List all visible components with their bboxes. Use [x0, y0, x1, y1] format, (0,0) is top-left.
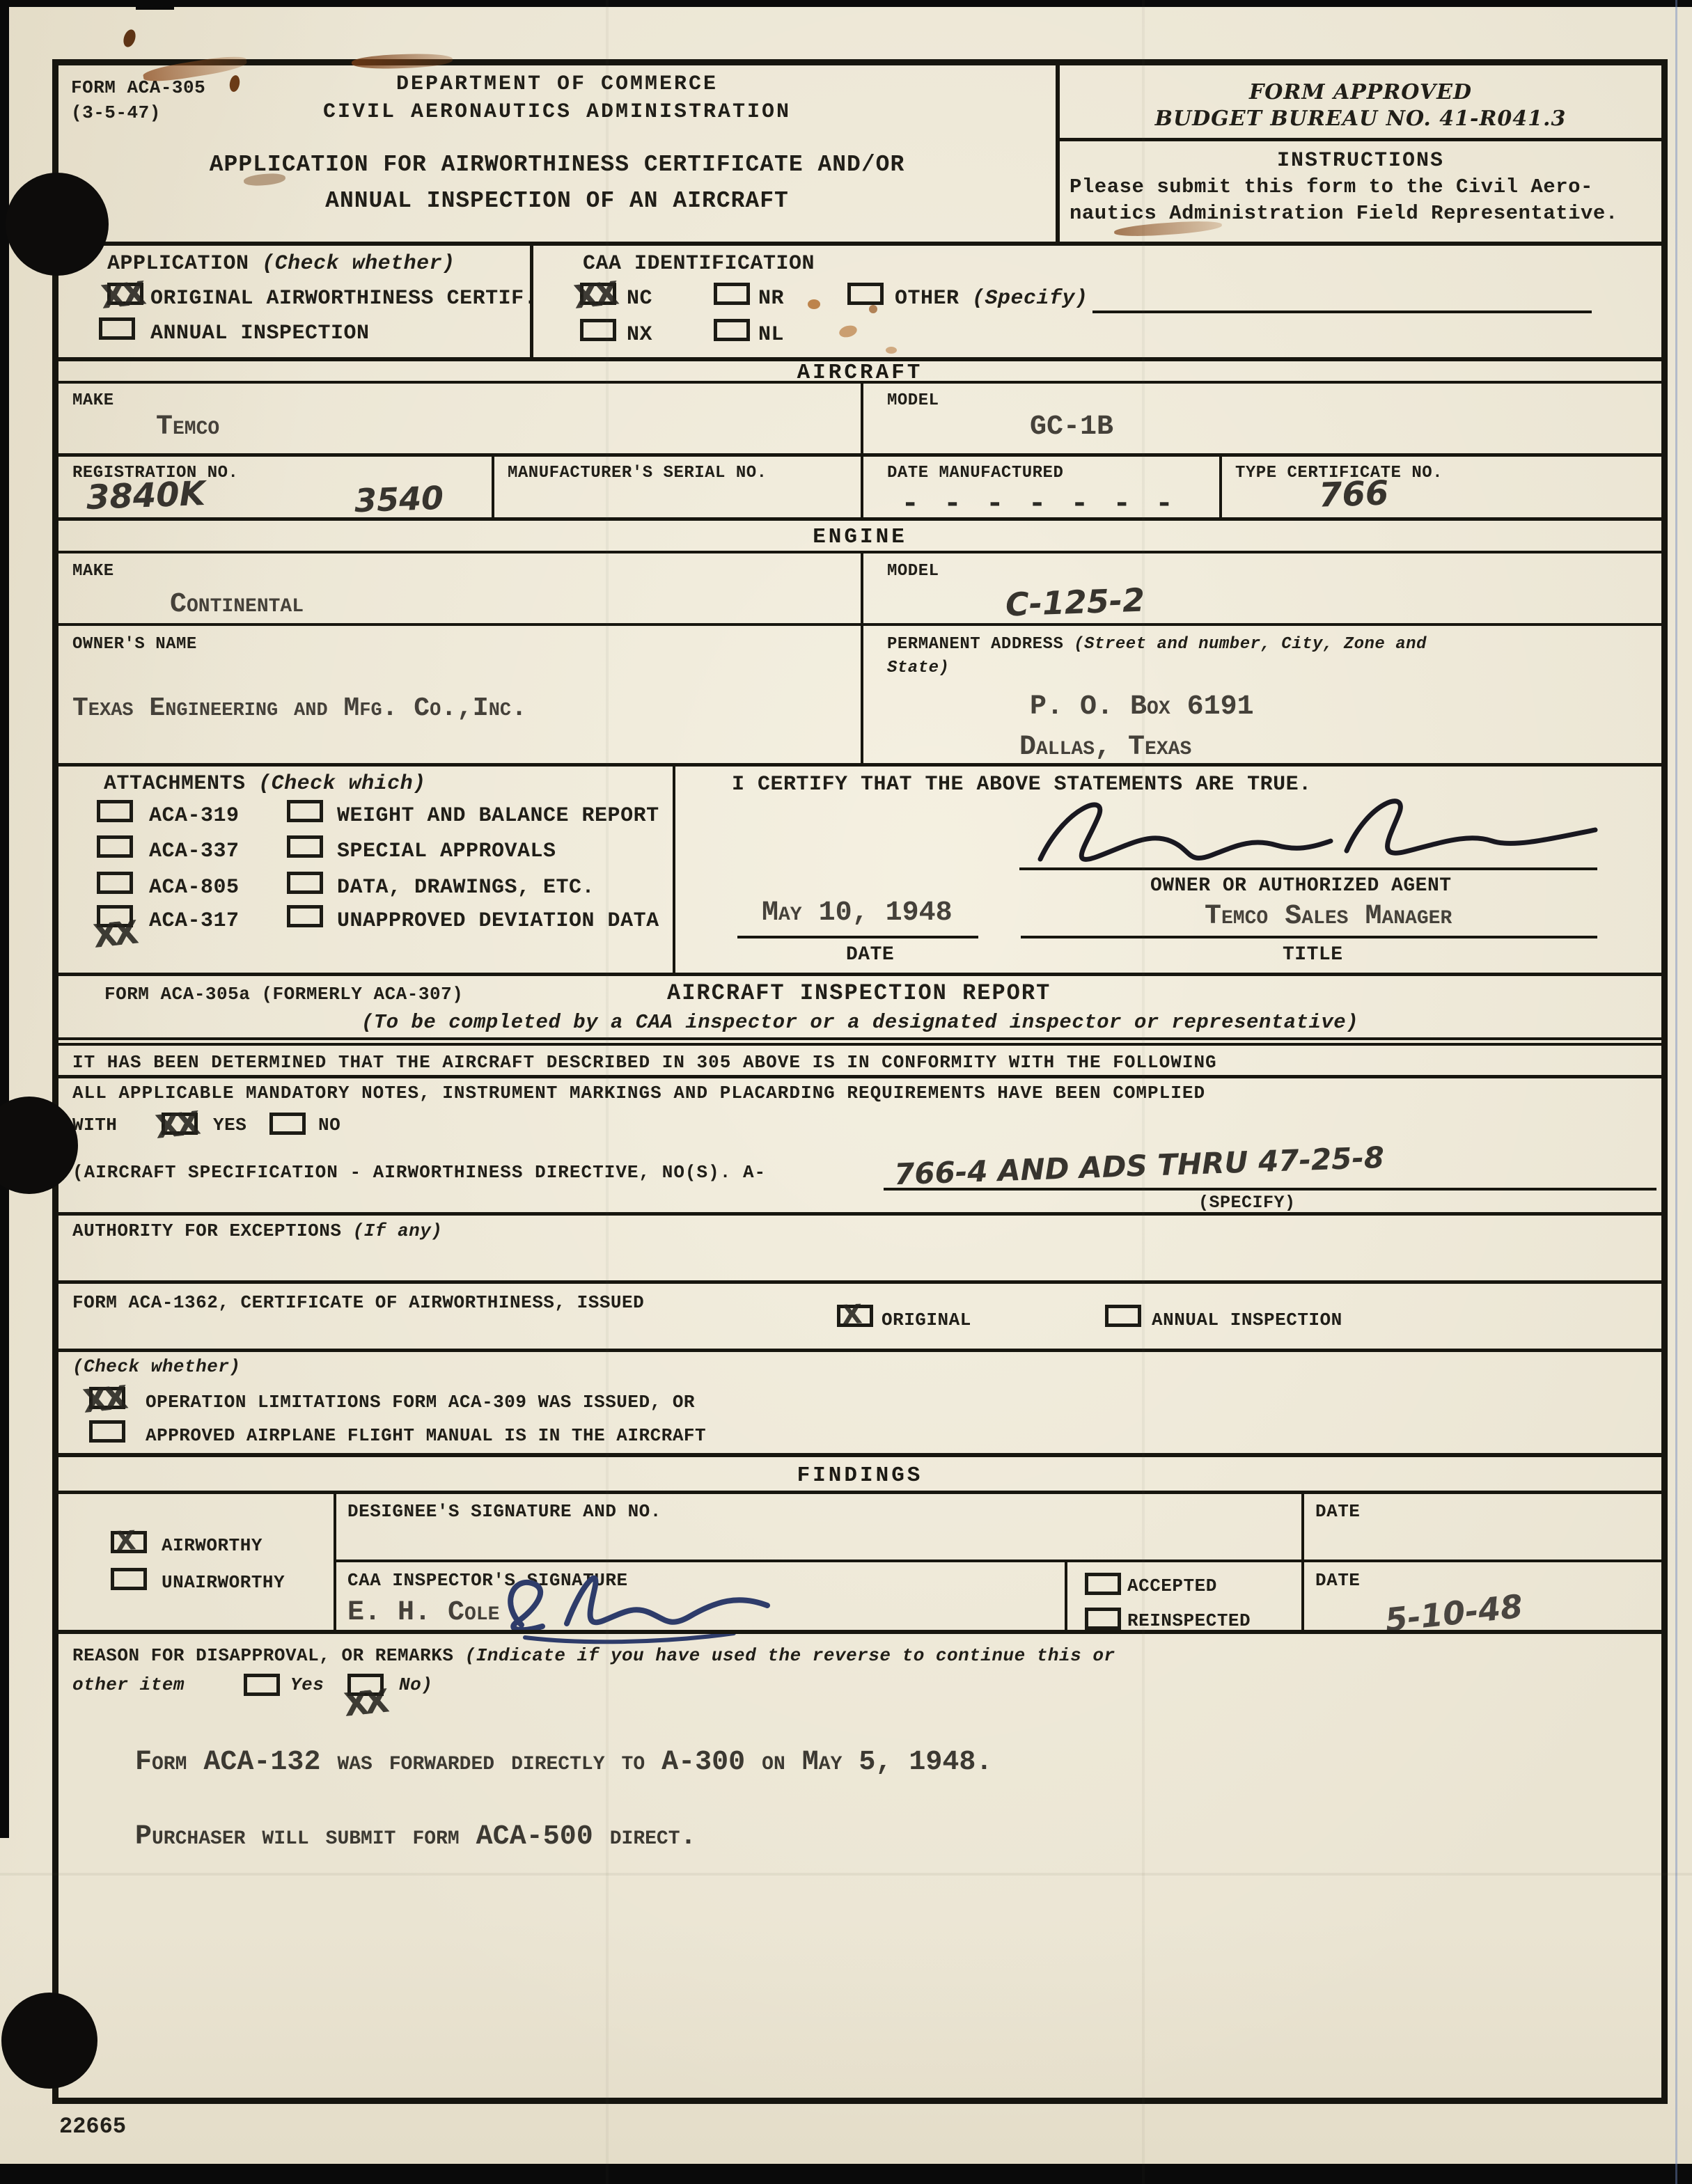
checkbox-flight-manual [89, 1420, 125, 1443]
checkbox-aca-337 [97, 835, 133, 858]
spec-value: 766-4 AND ADS THRU 47-25-8 [893, 1143, 1384, 1190]
instructions-line2: nautics Administration Field Representat… [1070, 202, 1618, 225]
caa-identification-label: CAA IDENTIFICATION [583, 252, 815, 276]
owner-name-label: OWNER'S NAME [72, 635, 197, 654]
checkbox-other [847, 283, 884, 305]
checkbox-aca-317: XX [97, 905, 133, 927]
checkbox-operation-limitations: XX [89, 1387, 125, 1409]
attachments-label-text: ATTACHMENTS [104, 772, 246, 796]
divider [58, 1491, 1661, 1494]
ink-stain [869, 305, 877, 313]
divider [58, 1453, 1661, 1457]
authority-label: AUTHORITY FOR EXCEPTIONS (If any) [72, 1221, 442, 1242]
checkmark: XX [154, 1107, 198, 1143]
divider [861, 457, 863, 517]
complied-line2: WITH [72, 1115, 117, 1136]
aca-305a-text: FORM ACA-305a [104, 984, 250, 1005]
checkbox-accepted [1085, 1573, 1121, 1595]
type-certificate-value: 766 [1318, 476, 1389, 512]
certification-date-value: May 10, 1948 [762, 899, 953, 927]
owner-signature [1016, 789, 1615, 877]
unapproved-deviation-label: UNAPPROVED DEVIATION DATA [337, 909, 659, 934]
special-approvals-label: SPECIAL APPROVALS [337, 840, 556, 864]
remarks-label-bold: REASON FOR DISAPPROVAL, OR REMARKS [72, 1645, 465, 1666]
divider [58, 1630, 1661, 1634]
aca-805-label: ACA-805 [149, 876, 240, 900]
nl-label: NL [758, 323, 784, 347]
engine-make-label: MAKE [72, 562, 114, 581]
date-manufactured-value: - - - - - - - [901, 489, 1176, 519]
checkbox-nx [580, 319, 616, 341]
checkmark: X [115, 1527, 136, 1554]
ink-stain [886, 347, 897, 354]
weight-balance-label: WEIGHT AND BALANCE REPORT [337, 804, 659, 828]
checkbox-data-drawings [287, 872, 323, 894]
form-approved-line1: FORM APPROVED [1060, 81, 1661, 105]
paper-rule-line [1675, 0, 1677, 2184]
divider [58, 551, 1661, 553]
attachments-note: (Check which) [258, 772, 426, 796]
other-specify-line [1092, 311, 1592, 313]
ink-stain [808, 299, 820, 309]
engine-model-value: C-125-2 [1005, 584, 1145, 621]
checkbox-complied-yes: XX [162, 1113, 198, 1135]
application-note: (Check whether) [262, 252, 455, 276]
divider [58, 1037, 1661, 1040]
divider [861, 384, 863, 453]
owner-agent-label: OWNER OR AUTHORIZED AGENT [1150, 875, 1452, 897]
determination-text: IT HAS BEEN DETERMINED THAT THE AIRCRAFT… [72, 1053, 1217, 1074]
accepted-label: ACCEPTED [1127, 1576, 1217, 1597]
paper-crease [0, 1873, 1692, 1876]
date-manufactured-label: DATE MANUFACTURED [887, 464, 1063, 483]
airworthy-label: AIRWORTHY [162, 1536, 263, 1557]
dept-line2: CIVIL AERONAUTICS ADMINISTRATION [58, 100, 1056, 125]
spec-line [884, 1188, 1656, 1191]
form-title-line1: APPLICATION FOR AIRWORTHINESS CERTIFICAT… [58, 152, 1056, 178]
designee-date-label: DATE [1315, 1502, 1360, 1523]
checkbox-annual-inspection [99, 317, 135, 340]
divider [861, 553, 863, 623]
divider [58, 517, 1661, 521]
inspector-signature [483, 1555, 790, 1649]
application-label: APPLICATION (Check whether) [107, 252, 455, 276]
nr-label: NR [758, 287, 784, 311]
serial-label: MANUFACTURER'S SERIAL NO. [508, 464, 767, 483]
check-whether-label: (Check whether) [72, 1357, 241, 1378]
checkmark: XX [343, 1685, 386, 1721]
divider [861, 626, 863, 763]
scan-edge-left [0, 0, 9, 1838]
instructions-title: INSTRUCTIONS [1060, 149, 1661, 173]
address-note2: State) [887, 659, 949, 678]
other-specify-note: (Specify) [972, 287, 1088, 311]
unairworthy-label: UNAIRWORTHY [162, 1573, 285, 1594]
divider [58, 381, 1661, 384]
scan-edge-notch [136, 0, 174, 10]
checkbox-nr [714, 283, 750, 305]
aca-317-label: ACA-317 [149, 909, 240, 934]
divider [58, 1280, 1661, 1284]
checkmark: XX [100, 277, 143, 313]
form-approved-line2: BUDGET BUREAU NO. 41-R041.3 [1060, 107, 1661, 132]
checkbox-aca-805 [97, 872, 133, 894]
inspector-date-label: DATE [1315, 1571, 1360, 1592]
checkmark: XX [572, 277, 616, 313]
paper-crease [1142, 0, 1145, 2184]
address-line2: Dallas, Texas [1019, 734, 1191, 762]
checkbox-issued-original: X [837, 1305, 873, 1327]
complied-yes-label: YES [213, 1115, 246, 1136]
designee-signature-label: DESIGNEE'S SIGNATURE AND NO. [347, 1502, 661, 1523]
divider [58, 453, 1661, 457]
instructions-line1: Please submit this form to the Civil Aer… [1070, 175, 1593, 198]
checkbox-reverse-no: XX [347, 1674, 384, 1696]
annual-inspection-label: ANNUAL INSPECTION [150, 322, 370, 346]
operation-limitations-label: OPERATION LIMITATIONS FORM ACA-309 WAS I… [146, 1392, 695, 1413]
nx-label: NX [627, 323, 652, 347]
authority-note: (If any) [353, 1220, 443, 1241]
nc-label: NC [627, 287, 652, 311]
divider [492, 457, 494, 517]
aca-319-label: ACA-319 [149, 804, 240, 828]
title-line [1021, 936, 1597, 938]
divider [58, 1075, 1661, 1078]
reinspected-label: REINSPECTED [1127, 1611, 1251, 1632]
flight-manual-label: APPROVED AIRPLANE FLIGHT MANUAL IS IN TH… [146, 1426, 706, 1447]
checkmark: XX [81, 1381, 125, 1417]
address-label-text: PERMANENT ADDRESS [887, 635, 1063, 654]
issued-original-label: ORIGINAL [882, 1310, 971, 1331]
registration-value: 3840K [86, 477, 205, 514]
checkbox-original-airworthiness: XX [107, 283, 143, 305]
divider [58, 1212, 1661, 1216]
checkbox-airworthy: X [111, 1531, 147, 1553]
original-airworthiness-label: ORIGINAL AIRWORTHINESS CERTIF. [150, 287, 537, 311]
reverse-yes-label: Yes [290, 1675, 324, 1696]
formerly-text: (FORMERLY ACA-307) [261, 984, 463, 1005]
divider [1219, 457, 1222, 517]
scan-edge-top [0, 0, 1692, 7]
application-label-text: APPLICATION [107, 252, 249, 276]
specify-label: (SPECIFY) [1198, 1193, 1296, 1213]
checkbox-reinspected [1085, 1608, 1121, 1630]
divider [58, 623, 1661, 626]
aca-305a-form-no: FORM ACA-305a (FORMERLY ACA-307) [104, 984, 463, 1005]
checkbox-special-approvals [287, 835, 323, 858]
engine-model-label: MODEL [887, 562, 939, 581]
scanned-document: FORM ACA-305 (3-5-47) DEPARTMENT OF COMM… [0, 0, 1692, 2184]
checkbox-unapproved-deviation [287, 905, 323, 927]
authority-text: AUTHORITY FOR EXCEPTIONS [72, 1220, 341, 1241]
aircraft-make-value: Temco [156, 414, 219, 441]
certification-title-value: Temco Sales Manager [1205, 903, 1452, 931]
serial-value: 3540 [354, 482, 444, 517]
divider [58, 1349, 1661, 1352]
inspection-report-subtitle: (To be completed by a CAA inspector or a… [58, 1011, 1661, 1034]
data-drawings-label: DATA, DRAWINGS, ETC. [337, 876, 595, 900]
dept-line1: DEPARTMENT OF COMMERCE [58, 72, 1056, 97]
other-label-text: OTHER [895, 287, 959, 311]
checkbox-issued-annual [1105, 1305, 1141, 1327]
findings-section-title: FINDINGS [58, 1463, 1661, 1488]
permanent-address-label: PERMANENT ADDRESS (Street and number, Ci… [887, 635, 1427, 654]
punch-hole-top [6, 173, 109, 276]
divider [58, 1043, 1661, 1046]
other-label: OTHER (Specify) [895, 287, 1088, 311]
checkbox-complied-no [269, 1113, 306, 1135]
owner-name-value: Texas Engineering and Mfg. Co.,Inc. [72, 696, 527, 722]
checkbox-unairworthy [111, 1568, 147, 1590]
engine-section-title: ENGINE [58, 525, 1661, 549]
remarks-typed-line1: Form ACA-132 was forwarded directly to A… [135, 1749, 992, 1777]
date-line [737, 936, 978, 938]
aircraft-model-label: MODEL [887, 391, 939, 411]
aca-337-label: ACA-337 [149, 840, 240, 864]
aircraft-make-label: MAKE [72, 391, 114, 411]
checkbox-nc: XX [580, 283, 616, 305]
remarks-typed-line2: Purchaser will submit form ACA-500 direc… [135, 1823, 697, 1851]
complied-no-label: NO [318, 1115, 340, 1136]
divider [1065, 1562, 1067, 1630]
remarks-label-italic: (Indicate if you have used the reverse t… [465, 1645, 1115, 1666]
checkbox-reverse-yes [244, 1674, 280, 1696]
ink-stain [121, 28, 137, 49]
date-label: DATE [846, 944, 894, 966]
remarks-label-line2: other item [72, 1675, 185, 1696]
checkbox-nl [714, 319, 750, 341]
paper-crease [606, 0, 609, 2184]
form-title-line2: ANNUAL INSPECTION OF AN AIRCRAFT [58, 188, 1056, 214]
inspector-name-typed: E. H. Cole [347, 1599, 499, 1627]
document-serial-number: 22665 [59, 2114, 126, 2139]
reverse-no-label: No) [399, 1675, 432, 1696]
engine-make-value: Continental [170, 591, 304, 619]
scan-edge-bottom [0, 2164, 1692, 2184]
divider [58, 973, 1661, 976]
inspection-report-title: AIRCRAFT INSPECTION REPORT [667, 981, 1051, 1007]
divider [530, 246, 533, 357]
aca-1362-label: FORM ACA-1362, CERTIFICATE OF AIRWORTHIN… [72, 1293, 644, 1314]
checkmark: XX [92, 916, 136, 952]
issued-annual-label: ANNUAL INSPECTION [1152, 1310, 1342, 1331]
divider [58, 763, 1661, 767]
checkbox-weight-balance [287, 800, 323, 822]
owner-signature-line [1019, 867, 1597, 870]
attachments-label: ATTACHMENTS (Check which) [104, 772, 426, 796]
form-border: FORM ACA-305 (3-5-47) DEPARTMENT OF COMM… [52, 59, 1668, 2104]
divider [58, 242, 1661, 246]
divider [1056, 138, 1661, 141]
punch-hole-bottom [1, 1993, 97, 2089]
checkbox-aca-319 [97, 800, 133, 822]
spec-label: (AIRCRAFT SPECIFICATION - AIRWORTHINESS … [72, 1163, 766, 1184]
remarks-label-line1: REASON FOR DISAPPROVAL, OR REMARKS (Indi… [72, 1646, 1115, 1667]
checkmark: X [841, 1301, 863, 1328]
aircraft-model-value: GC-1B [1030, 414, 1113, 441]
address-note1: (Street and number, City, Zone and [1074, 635, 1427, 654]
divider [673, 767, 675, 973]
title-label: TITLE [1283, 944, 1343, 966]
complied-line1: ALL APPLICABLE MANDATORY NOTES, INSTRUME… [72, 1083, 1205, 1104]
